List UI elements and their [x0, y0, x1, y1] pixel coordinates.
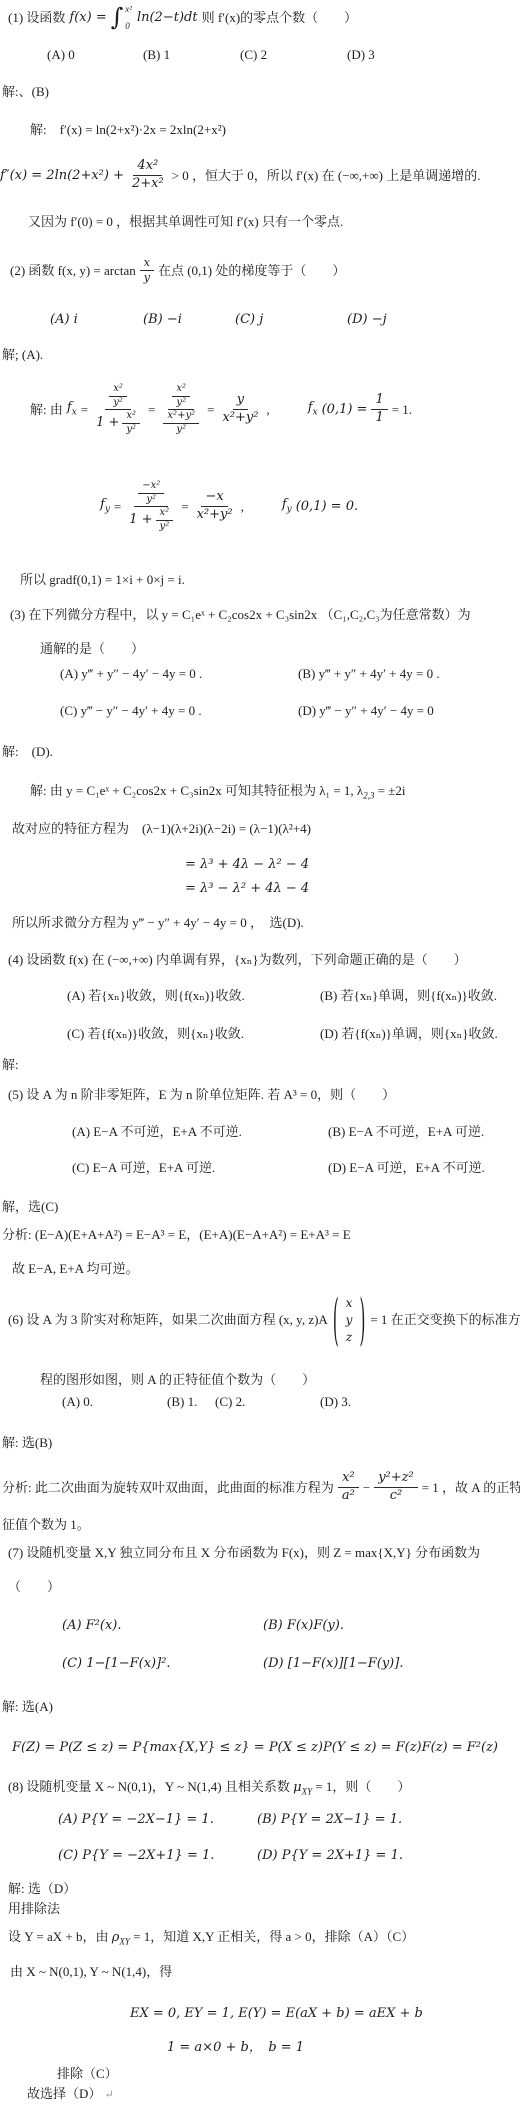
denominator: 1	[371, 410, 387, 427]
vector-z: z	[346, 1329, 352, 1346]
q8-s1-post: = 1，知道 X,Y 正相关，得 a > 0，排除（A）（C）	[130, 1929, 414, 1944]
numerator: 4x²	[133, 158, 162, 176]
numerator: x²	[156, 507, 174, 521]
q1-text-pre: (1) 设函数	[8, 10, 65, 26]
q3-option-b: (B) y‴ + y″ + 4y′ + 4y = 0 .	[298, 666, 440, 682]
q2-option-b: (B) −i	[143, 312, 182, 328]
correlation-symbol: μ	[293, 1780, 301, 1795]
denominator: x²+y²	[218, 410, 262, 427]
denominator: y²	[172, 424, 190, 437]
q3-statement-2: 通解的是（ ）	[40, 641, 144, 657]
q8-answer: 解: 选（D）	[8, 1881, 76, 1897]
fx-symbol: fx	[67, 400, 77, 418]
q8-step-5: 排除（C）	[57, 2066, 118, 2082]
q7-statement-2: （ ）	[8, 1579, 60, 1595]
numerator: x²+y²	[163, 410, 199, 424]
q1-solution-2: f″(x) = 2ln(2+x²) + 4x² 2+x² > 0 ，恒大于 0，…	[0, 158, 480, 193]
q1-sol2-post: > 0 ，恒大于 0，所以 f′(x) 在 (−∞,+∞) 上是单调递增的.	[172, 168, 481, 184]
q1-option-a: (A) 0	[47, 47, 75, 63]
denominator: 2+x²	[128, 176, 168, 193]
denominator-row: 1 + x² y²	[96, 410, 140, 436]
numerator: −x²	[138, 480, 164, 494]
fy-eval-tail: (0,1) = 0.	[296, 499, 358, 515]
q5-option-b: (B) E−A 不可逆，E+A 可逆.	[328, 1124, 484, 1140]
denominator: 1 + x² y²	[125, 507, 177, 533]
denominator: y	[140, 271, 154, 285]
paragraph-return-icon: ↵	[105, 2089, 114, 2101]
q7-option-d: (D) [1−F(x)][1−F(y)].	[263, 1656, 403, 1672]
right-paren-icon: )	[358, 1287, 366, 1354]
q8-final-choice: 故选择（D） ↵	[27, 2086, 114, 2103]
denominator: y²	[172, 397, 190, 410]
den-pre: 1 +	[129, 512, 152, 529]
q8-final-text: 故选择（D）	[27, 2086, 101, 2101]
fraction-nested-2: x² y² x²+y² y²	[159, 383, 203, 436]
q8-s1-pre: 设 Y = aX + b，由	[8, 1929, 112, 1944]
q3-solution-2: 故对应的特征方程为 (λ−1)(λ+2i)(λ−2i) = (λ−1)(λ²+4…	[12, 821, 311, 837]
mini-fraction: x² y²	[122, 410, 140, 436]
q3-statement-1: (3) 在下列微分方程中，以 y = C₁eˣ + C₂cos2x + C₃si…	[10, 607, 471, 623]
numerator: −x	[201, 489, 227, 507]
fraction: x² a²	[338, 1470, 359, 1505]
q7-answer: 解: 选(A)	[2, 1699, 53, 1715]
denominator: y²	[156, 521, 174, 534]
fraction: y²+z² c²	[374, 1470, 418, 1505]
mini-fraction: x²+y² y²	[163, 410, 199, 436]
q7-option-b: (B) F(x)F(y).	[263, 1618, 344, 1634]
equals-sign: =	[181, 499, 188, 515]
fx-subscript: x	[313, 408, 318, 418]
q3-option-c: (C) y‴ − y″ − 4y′ + 4y = 0 .	[60, 703, 202, 719]
fraction: 4x² 2+x²	[128, 158, 168, 193]
denominator: a²	[338, 1488, 359, 1505]
q8-option-d: (D) P{Y = 2X+1} = 1.	[257, 1848, 403, 1864]
equals-sign: =	[81, 402, 88, 418]
q5-analysis: 分析: (E−A)(E+A+A²) = E−A³ = E，(E+A)(E−A+A…	[2, 1227, 351, 1243]
q6-option-a: (A) 0.	[62, 1394, 93, 1410]
q3-answer: 解: (D).	[2, 744, 53, 760]
q6-statement-2: 程的图形如图，则 A 的正特征值个数为（ ）	[40, 1372, 315, 1388]
q2-gradient-result: 所以 gradf(0,1) = 1×i + 0×j = i.	[20, 572, 185, 588]
column-vector: x y z	[346, 1295, 353, 1345]
fy-symbol: fy	[100, 497, 110, 515]
q6-option-d: (D) 3.	[320, 1394, 351, 1410]
q6-analysis-post: = 1 ，故 A 的正特	[422, 1480, 520, 1496]
q4-option-b: (B) 若{xₙ}单调，则{f(xₙ)}收敛.	[320, 988, 497, 1004]
fy-eval-symbol: fy	[282, 497, 292, 515]
q8-step-2: 由 X ~ N(0,1), Y ~ N(1,4)，得	[10, 1964, 172, 1980]
q1-fx: f(x) =	[69, 10, 106, 26]
q1-option-d: (D) 3	[347, 47, 375, 63]
numerator: x² y²	[105, 383, 131, 410]
q2-statement: (2) 函数 f(x, y) = arctan x y 在点 (0,1) 处的梯…	[10, 256, 345, 286]
q8-option-a: (A) P{Y = −2X−1} = 1.	[58, 1812, 214, 1828]
equals-sign: =	[207, 402, 214, 418]
q1-text-post: 则 f′(x)的零点个数（ ）	[202, 10, 358, 26]
q3-sol1-pre: 解: 由 y = C₁eˣ + C₂cos2x + C₃sin2x 可知其特征根…	[30, 783, 363, 798]
q2-text-pre: (2) 函数 f(x, y) = arctan	[10, 263, 136, 279]
denominator-row: 1 + x² y²	[129, 507, 173, 533]
fy-subscript: y	[287, 505, 292, 515]
q2-answer: 解; (A).	[2, 347, 43, 363]
q1-sol2-pre: f″(x) = 2ln(2+x²) +	[0, 168, 124, 184]
fx-eval-end: = 1.	[392, 402, 412, 418]
q6-statement: (6) 设 A 为 3 阶实对称矩阵，如果二次曲面方程 (x, y, z)A (…	[8, 1295, 520, 1345]
q7-option-c: (C) 1−[1−F(x)]².	[62, 1656, 171, 1672]
denominator: c²	[386, 1488, 407, 1505]
q3-solution-4: = λ³ − λ² + 4λ − 4	[185, 881, 309, 897]
fraction-nested-1: x² y² 1 + x² y²	[92, 383, 144, 436]
q3-solution-1: 解: 由 y = C₁eˣ + C₂cos2x + C₃sin2x 可知其特征根…	[30, 783, 406, 802]
q4-statement: (4) 设函数 f(x) 在 (−∞,+∞) 内单调有界，{xₙ}为数列，下列命…	[8, 952, 467, 968]
integral-lower: 0	[125, 21, 132, 32]
q6-text-post: = 1 在正交变换下的标准方	[370, 1312, 520, 1328]
q7-derivation: F(Z) = P(Z ≤ z) = P{max{X,Y} ≤ z} = P(X …	[12, 1740, 498, 1756]
q3-solution-5: 所以所求微分方程为 y‴ − y″ + 4y′ − 4y = 0 ， 选(D).	[12, 915, 304, 931]
q6-option-b: (B) 1.	[167, 1394, 197, 1410]
q1-integrand: ln(2−t)dt	[137, 10, 198, 26]
q6-option-c: (C) 2.	[215, 1394, 245, 1410]
q8-method: 用排除法	[8, 1901, 60, 1917]
q1-solution-3: 又因为 f′(0) = 0 ，根据其单调性可知 f′(x) 只有一个零点.	[28, 214, 343, 230]
numerator: −x² y²	[134, 480, 168, 507]
q2-fx-derivation: 解: 由 fx = x² y² 1 + x² y² =	[30, 383, 412, 436]
minus-sign: −	[363, 1480, 370, 1496]
lambda-subscript: 2,3	[363, 791, 374, 801]
numerator: x²	[172, 383, 190, 397]
q2-fy-derivation: fy = −x² y² 1 + x² y² = −x	[100, 480, 358, 533]
q3-solution-3: = λ³ + 4λ − λ² − 4	[185, 857, 309, 873]
math-worksheet-page: (1) 设函数 f(x) = ∫ x²0 ln(2−t)dt 则 f′(x)的零…	[0, 0, 520, 2105]
q1-solution-1: 解: f′(x) = ln(2+x²)·2x = 2xln(2+x²)	[30, 122, 226, 138]
q8-step-4: 1 = a×0 + b， b = 1	[167, 2040, 304, 2056]
q7-option-a: (A) F²(x).	[62, 1618, 122, 1634]
numerator: x²	[109, 383, 127, 397]
q4-answer: 解:	[2, 1057, 19, 1073]
fx-eval-mid: (0,1) =	[322, 402, 368, 418]
q7-statement-1: (7) 设随机变量 X,Y 独立同分布且 X 分布函数为 F(x)，则 Z = …	[8, 1545, 480, 1561]
vector-x: x	[346, 1295, 353, 1312]
q8-text-pre: (8) 设随机变量 X ~ N(0,1)，Y ~ N(1,4) 且相关系数	[8, 1779, 293, 1794]
correlation-subscript: XY	[302, 1787, 313, 1797]
q6-conclusion: 征值个数为 1。	[2, 1517, 90, 1533]
numerator: x²	[122, 410, 140, 424]
mini-fraction: x² y²	[156, 507, 174, 533]
q5-statement: (5) 设 A 为 n 阶非零矩阵，E 为 n 阶单位矩阵. 若 A³ = 0，…	[8, 1087, 395, 1103]
numerator: x² y²	[168, 383, 194, 410]
q2-option-d: (D) −j	[347, 312, 387, 328]
fx-eval-symbol: fx	[308, 400, 318, 418]
q4-option-a: (A) 若{xₙ}收敛，则{f(xₙ)}收敛.	[67, 988, 245, 1004]
mini-fraction: −x² y²	[138, 480, 164, 506]
denominator: 1 + x² y²	[92, 410, 144, 436]
q8-text-post: = 1，则（ ）	[312, 1779, 410, 1794]
equals-sign: =	[148, 402, 155, 418]
q1-answer: 解:、(B)	[2, 84, 49, 100]
denominator: y²	[109, 397, 127, 410]
den-pre: 1 +	[96, 415, 119, 432]
comma: ,	[241, 499, 244, 515]
q8-statement: (8) 设随机变量 X ~ N(0,1)，Y ~ N(1,4) 且相关系数 μX…	[8, 1779, 410, 1798]
denominator: x²+y²	[193, 507, 237, 524]
q2-option-a: (A) i	[50, 312, 78, 328]
fx-subscript: x	[72, 408, 77, 418]
q6-analysis-pre: 分析: 此二次曲面为旋转双叶双曲面，此曲面的标准方程为	[2, 1480, 334, 1496]
q8-option-b: (B) P{Y = 2X−1} = 1.	[257, 1812, 402, 1828]
integral-upper: x²	[125, 4, 132, 15]
fraction: x y	[140, 256, 154, 286]
q8-step-1: 设 Y = aX + b，由 ρXY = 1，知道 X,Y 正相关，得 a > …	[8, 1929, 414, 1948]
q5-answer: 解，选(C)	[2, 1199, 58, 1215]
numerator: y	[233, 392, 248, 410]
q3-sol1-post: = ±2i	[374, 783, 405, 798]
rho-subscript: XY	[119, 1937, 130, 1947]
q6-text-pre: (6) 设 A 为 3 阶实对称矩阵，如果二次曲面方程 (x, y, z)A	[8, 1312, 328, 1328]
mini-fraction: x² y²	[172, 383, 190, 409]
q4-option-d: (D) 若{f(xₙ)}单调，则{xₙ}收敛.	[320, 1026, 498, 1042]
fraction: 1 1	[371, 392, 387, 427]
q2-fx-pre: 解: 由	[30, 402, 63, 418]
equals-sign: =	[114, 499, 121, 515]
q3-option-d: (D) y‴ − y″ + 4y′ − 4y = 0	[298, 703, 434, 719]
q1-statement: (1) 设函数 f(x) = ∫ x²0 ln(2−t)dt 则 f′(x)的零…	[8, 4, 357, 32]
q8-step-3: EX = 0, EY = 1, E(Y) = E(aX + b) = aEX +…	[130, 2006, 423, 2022]
q1-option-c: (C) 2	[240, 47, 267, 63]
q5-option-d: (D) E−A 可逆，E+A 不可逆.	[328, 1160, 485, 1176]
denominator: y²	[122, 424, 140, 437]
q8-option-c: (C) P{Y = −2X+1} = 1.	[58, 1848, 214, 1864]
numerator: x²	[338, 1470, 359, 1488]
q2-option-c: (C) j	[235, 312, 263, 328]
integral-icon: ∫	[111, 7, 124, 29]
q3-option-a: (A) y‴ + y″ − 4y′ − 4y = 0 .	[60, 666, 202, 682]
comma: ,	[266, 402, 269, 418]
fraction-nested: −x² y² 1 + x² y²	[125, 480, 177, 533]
q2-text-post: 在点 (0,1) 处的梯度等于（ ）	[158, 263, 345, 279]
vector-y: y	[346, 1312, 353, 1329]
mini-fraction: x² y²	[109, 383, 127, 409]
fraction: y x²+y²	[218, 392, 262, 427]
numerator: y²+z²	[374, 1470, 418, 1488]
integral-limits: x²0	[125, 4, 132, 32]
q5-conclusion: 故 E−A, E+A 均可逆。	[12, 1261, 139, 1277]
numerator: 1	[371, 392, 387, 410]
numerator: x	[140, 256, 154, 271]
q6-analysis: 分析: 此二次曲面为旋转双叶双曲面，此曲面的标准方程为 x² a² − y²+z…	[2, 1470, 520, 1505]
q6-answer: 解: 选(B)	[2, 1435, 52, 1451]
q5-option-a: (A) E−A 不可逆，E+A 不可逆.	[72, 1124, 242, 1140]
denominator: x²+y² y²	[159, 410, 203, 436]
fy-subscript: y	[105, 505, 110, 515]
denominator: y²	[142, 494, 160, 507]
q4-option-c: (C) 若{f(xₙ)}收敛，则{xₙ}收敛.	[67, 1026, 244, 1042]
q5-option-c: (C) E−A 可逆，E+A 可逆.	[72, 1160, 215, 1176]
left-paren-icon: (	[332, 1287, 340, 1354]
fraction: −x x²+y²	[193, 489, 237, 524]
q1-option-b: (B) 1	[143, 47, 170, 63]
